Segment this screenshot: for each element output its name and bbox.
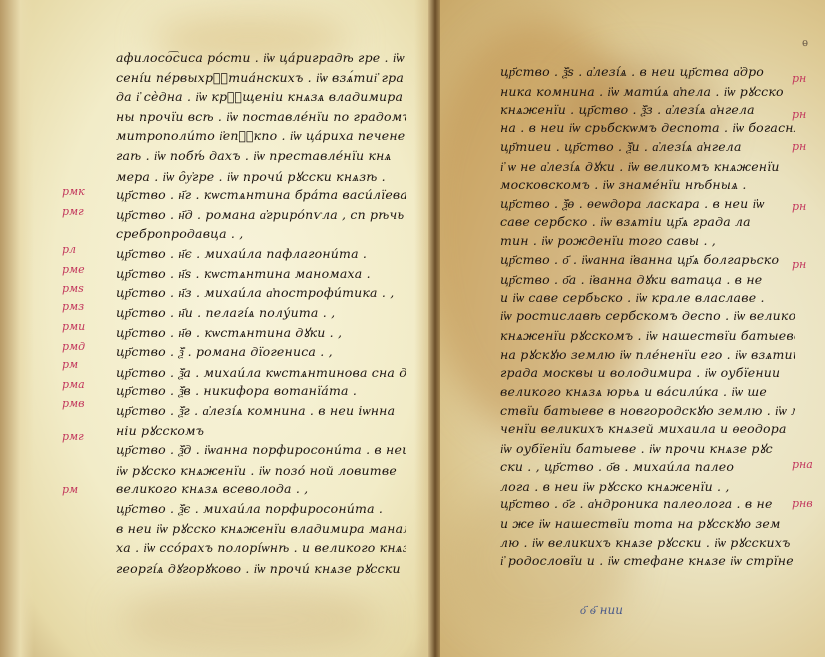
- margin-number: рм: [62, 483, 78, 496]
- margin-number: рме: [62, 263, 85, 276]
- manuscript-line: московскомъ . і҆ѡ знаме́нїи нѣбныѧ .: [500, 177, 795, 193]
- manuscript-line: и і҆ѡ саве сербьско . і҆ѡ крале влаславе…: [500, 290, 795, 306]
- manuscript-line: і҆ѡ рꙋсско кнѧженїи . і҆ѡ позо́ ной лови…: [116, 462, 406, 479]
- manuscript-line: цр҃ство . н҃и . пелагі́ѧ полу́ита . ,: [116, 305, 406, 321]
- manuscript-line: ченїи великихъ кнѧзей михаила и ѳеодора: [500, 421, 795, 437]
- manuscript-line: ніи рꙋсскомъ: [116, 422, 406, 439]
- manuscript-line: кнѧженїи рꙋсскомъ . і҆ѡ нашествїи батыев…: [500, 327, 795, 344]
- folio-number: ѳ: [802, 36, 808, 49]
- manuscript-line: і҆ родословїи и . і҆ѡ стефане кнѧзе і҆ѡ …: [500, 553, 795, 569]
- manuscript-line: цр҃ство . н҃з . михаи́ла а҆построфи́тика…: [116, 285, 406, 301]
- margin-number: рм: [62, 358, 78, 371]
- manuscript-line: гаѣ . і҆ѡ побѣ́ дахъ . і҆ѡ преставле́нїи…: [116, 148, 406, 164]
- manuscript-line: сені́и пе́рвыхрⷭ҇тиа́нскихъ . і҆ѡ взѧ́ти…: [116, 70, 406, 86]
- manuscript-line: лю . і҆ѡ великихъ кнѧзе рꙋсски . і҆ѡ рꙋс…: [500, 534, 795, 551]
- manuscript-line: цр҃ство . ѯ҃ѳ . ѳеѡдора ласкара . в неи …: [500, 196, 795, 212]
- manuscript-line: на . в неи і҆ѡ срьбскѡмъ деспота . і҆ѡ б…: [500, 120, 795, 136]
- margin-number: рнв: [792, 497, 813, 510]
- margin-number: рмг: [62, 205, 84, 218]
- manuscript-line: цр҃ство . ѯ҃а . михаи́ла кѡстѧнтинова сн…: [116, 364, 406, 381]
- manuscript-line: саве сербско . і҆ѡ взѧтіи цр҃ѧ града ла: [500, 214, 795, 230]
- margin-number: рми: [62, 320, 85, 333]
- manuscript-line: на рꙋскꙋю землю і҆ѡ пле́ненїи его . і҆ѡ …: [500, 346, 795, 363]
- manuscript-line: лога . в неи і҆ѡ рꙋсско кнѧженїи . ,: [500, 478, 795, 495]
- manuscript-line: і҆ѡ оубїенїи батыеве . і҆ѡ прочи кнѧзе р…: [500, 440, 795, 457]
- margin-number: рна: [792, 458, 813, 471]
- manuscript-line: цр҃тиеи . цр҃ство . ѯ҃и . а҆лезі́ѧ а҆нге…: [500, 139, 795, 155]
- manuscript-line: сребропродавца . ,: [116, 226, 406, 241]
- manuscript-line: мера . і҆ѡ о̑у҆гре . і҆ѡ прочи́ рꙋсски к…: [116, 168, 406, 185]
- margin-number: рн: [792, 140, 806, 153]
- manuscript-line: кнѧженїи . цр҃ство . ѯ҃з . а҆лезі́ѧ а҆нг…: [500, 102, 795, 118]
- manuscript-line: цр҃ство . ѯ҃д . і҆ѡанна порфиросони́та .…: [116, 442, 406, 458]
- manuscript-line: цр҃ство . ѯ҃г . а҆лезі́ѧ комнина . в неи…: [116, 403, 406, 419]
- manuscript-line: і҆ ѡ не а҆лезі́ѧ дꙋки . і҆ѡ великомъ кнѧ…: [500, 158, 795, 175]
- manuscript-line: цр҃ство . н҃є . михаи́ла пафлагони́та .: [116, 246, 406, 262]
- manuscript-line: в неи і҆ѡ рꙋсско кнѧженїи владимира мана…: [116, 520, 406, 537]
- margin-number: рма: [62, 378, 85, 391]
- manuscript-line: цр҃ство . н҃д . романа а҆гриро́пѵла , сп…: [116, 207, 406, 223]
- manuscript-line: цр҃ство . н҃ѳ . кѡстѧнтина дꙋки . ,: [116, 324, 406, 341]
- manuscript-line: ствїи батыеве в новгородскꙋю землю . і҆ѡ…: [500, 402, 795, 419]
- manuscript-line: цр҃ство . н҃ѕ . кѡстѧнтина маномаха .: [116, 266, 406, 282]
- manuscript-line: цр҃ство . о҃а . і҆ванна дꙋки ватаца . в …: [500, 271, 795, 288]
- margin-number: рн: [792, 72, 806, 85]
- margin-number: рн: [792, 258, 806, 271]
- manuscript-line: і҆ѡ ростиславѣ сербскомъ деспо . і҆ѡ вел…: [500, 308, 795, 324]
- manuscript-spread: афилосо͡сиса ро́сти . і҆ѡ ца́риградѣ гре…: [0, 0, 825, 657]
- manuscript-line: великого кнѧзѧ всеволода . ,: [116, 481, 406, 497]
- margin-number: рмѕ: [62, 282, 84, 295]
- margin-number: рмд: [62, 340, 85, 353]
- manuscript-line: цр҃ство . ѯ҃в . никифора вотанїа́та .: [116, 383, 406, 399]
- manuscript-line: цр҃ство . о҃г . а҆ндроника палеолога . в…: [500, 496, 795, 512]
- manuscript-line: великого кнѧзѧ юрьѧ и ва́сили́ка . і҆ѡ ш…: [500, 384, 795, 400]
- margin-number: рмг: [62, 430, 84, 443]
- margin-number: рмк: [62, 185, 85, 198]
- manuscript-line: цр҃ство . о҃ . і҆ѡанна і҆ванна цр҃ѧ болг…: [500, 252, 795, 268]
- right-page: ѳ цр҃ство . ѯ҃ѕ . а҆лезі́ѧ . в неи цр҃ст…: [440, 0, 825, 657]
- manuscript-line: тин . і҆ѡ рожденїи того савы . ,: [500, 233, 795, 249]
- manuscript-line: ски . , цр҃ство . о҃в . михаи́ла палео: [500, 459, 795, 475]
- left-page: афилосо͡сиса ро́сти . і҆ѡ ца́риградѣ гре…: [0, 0, 432, 657]
- manuscript-line: митрополи́то і҆епⷭ҇кпо . і҆ѡ ца́риха печ…: [116, 128, 406, 144]
- manuscript-line: и же і҆ѡ нашествїи тота на рꙋсскꙋю зем: [500, 515, 795, 532]
- manuscript-line: ны прочїи всѣ . і҆ѡ поставле́нїи по град…: [116, 109, 406, 125]
- manuscript-line: да і҆ сѐдна . і҆ѡ крⷭ҇щеніи кнѧзѧ владим…: [116, 89, 406, 105]
- manuscript-line: града москвы и володимира . і҆ѡ оубїении: [500, 365, 795, 381]
- margin-number: рмз: [62, 300, 84, 313]
- margin-number: рн: [792, 200, 806, 213]
- manuscript-line: цр҃ство . ѯ҃є . михаи́ла порфиросони́та …: [116, 501, 406, 517]
- catchword: о҃ ѳ҃ нии: [580, 603, 623, 618]
- manuscript-line: цр҃ство . н҃г . кѡстѧнтина бра́та васи́л…: [116, 187, 406, 203]
- manuscript-line: цр҃ство . ѯ҃ . романа дїогениса . ,: [116, 344, 406, 360]
- manuscript-line: афилосо͡сиса ро́сти . і҆ѡ ца́риградѣ гре…: [116, 50, 406, 66]
- margin-number: рмв: [62, 397, 85, 410]
- margin-number: рл: [62, 243, 76, 256]
- manuscript-line: цр҃ство . ѯ҃ѕ . а҆лезі́ѧ . в неи цр҃ства…: [500, 64, 795, 80]
- manuscript-line: ника комнина . і҆ѡ мати́ѧ а҆пела . і҆ѡ р…: [500, 83, 795, 100]
- margin-number: рн: [792, 108, 806, 121]
- manuscript-line: георгі́ѧ дꙋгорꙋково . і҆ѡ прочи́ кнѧзе р…: [116, 560, 406, 577]
- manuscript-line: ха . і҆ѡ ссо́рахъ полорі́ѡнѣ . и великог…: [116, 540, 406, 556]
